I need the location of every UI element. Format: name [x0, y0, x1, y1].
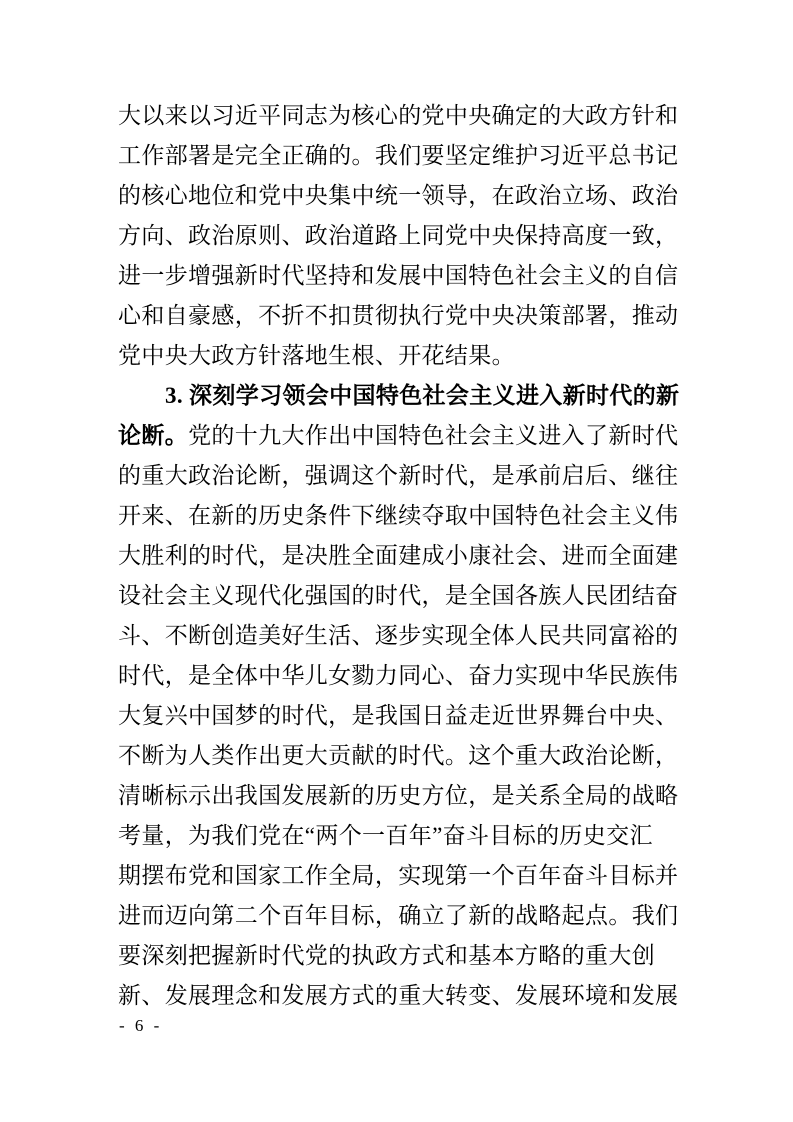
text-line: 时代，是全体中华儿女勠力同心、奋力实现中华民族伟	[118, 656, 678, 696]
text-segment: 斗、不断创造美好生活、逐步实现全体人民共同富裕的	[118, 623, 678, 648]
text-segment: 方向、政治原则、政治道路上同党中央保持高度一致，	[118, 223, 678, 248]
text-segment: 大胜利的时代，是决胜全面建成小康社会、进而全面建	[118, 543, 678, 568]
text-line: 心和自豪感，不折不扣贯彻执行党中央决策部署，推动	[118, 296, 678, 336]
text-line: 不断为人类作出更大贡献的时代。这个重大政治论断，	[118, 736, 678, 776]
text-line: 设社会主义现代化强国的时代，是全国各族人民团结奋	[118, 576, 678, 616]
text-segment: 要深刻把握新时代党的执政方式和基本方略的重大创	[118, 943, 655, 968]
text-segment: 党中央大政方针落地生根、开花结果。	[118, 343, 515, 368]
text-segment: 进一步增强新时代坚持和发展中国特色社会主义的自信	[118, 263, 678, 288]
document-page: 大以来以习近平同志为核心的党中央确定的大政方针和工作部署是完全正确的。我们要坚定…	[0, 0, 793, 1122]
text-line: 进而迈向第二个百年目标，确立了新的战略起点。我们	[118, 896, 678, 936]
text-line: 进一步增强新时代坚持和发展中国特色社会主义的自信	[118, 256, 678, 296]
text-segment: 期摆布党和国家工作全局，实现第一个百年奋斗目标并	[118, 863, 678, 888]
text-line: 大复兴中国梦的时代，是我国日益走近世界舞台中央、	[118, 696, 678, 736]
text-line: 的重大政治论断，强调这个新时代，是承前启后、继往	[118, 456, 678, 496]
text-segment-bold: 论断。	[118, 423, 188, 448]
text-line: 工作部署是完全正确的。我们要坚定维护习近平总书记	[118, 136, 678, 176]
text-segment: 大以来以习近平同志为核心的党中央确定的大政方针和	[118, 103, 678, 128]
text-segment: 清晰标示出我国发展新的历史方位，是关系全局的战略	[118, 783, 678, 808]
text-line: 论断。党的十九大作出中国特色社会主义进入了新时代	[118, 416, 678, 456]
text-segment: 设社会主义现代化强国的时代，是全国各族人民团结奋	[118, 583, 678, 608]
text-segment: 心和自豪感，不折不扣贯彻执行党中央决策部署，推动	[118, 303, 678, 328]
text-segment: 工作部署是完全正确的。我们要坚定维护习近平总书记	[118, 143, 678, 168]
text-line: 3. 深刻学习领会中国特色社会主义进入新时代的新	[118, 376, 678, 416]
text-segment: 大复兴中国梦的时代，是我国日益走近世界舞台中央、	[118, 703, 678, 728]
text-segment-bold: 3. 深刻学习领会中国特色社会主义进入新时代的新	[165, 383, 679, 408]
text-segment: 进而迈向第二个百年目标，确立了新的战略起点。我们	[118, 903, 678, 928]
text-line: 清晰标示出我国发展新的历史方位，是关系全局的战略	[118, 776, 678, 816]
text-line: 大胜利的时代，是决胜全面建成小康社会、进而全面建	[118, 536, 678, 576]
text-segment: 的核心地位和党中央集中统一领导，在政治立场、政治	[118, 183, 678, 208]
text-block: 大以来以习近平同志为核心的党中央确定的大政方针和工作部署是完全正确的。我们要坚定…	[118, 96, 678, 1016]
text-segment: 新、发展理念和发展方式的重大转变、发展环境和发展	[118, 983, 678, 1008]
text-line: 大以来以习近平同志为核心的党中央确定的大政方针和	[118, 96, 678, 136]
text-line: 期摆布党和国家工作全局，实现第一个百年奋斗目标并	[118, 856, 678, 896]
text-segment: 的重大政治论断，强调这个新时代，是承前启后、继往	[118, 463, 678, 488]
text-segment: 不断为人类作出更大贡献的时代。这个重大政治论断，	[118, 743, 678, 768]
text-line: 开来、在新的历史条件下继续夺取中国特色社会主义伟	[118, 496, 678, 536]
page-number: - 6 -	[119, 1014, 162, 1038]
text-line: 的核心地位和党中央集中统一领导，在政治立场、政治	[118, 176, 678, 216]
text-segment: 党的十九大作出中国特色社会主义进入了新时代	[188, 423, 678, 448]
text-segment: 考量，为我们党在“两个一百年”奋斗目标的历史交汇	[118, 823, 653, 848]
text-line: 党中央大政方针落地生根、开花结果。	[118, 336, 678, 376]
text-line: 要深刻把握新时代党的执政方式和基本方略的重大创	[118, 936, 678, 976]
text-segment: 时代，是全体中华儿女勠力同心、奋力实现中华民族伟	[118, 663, 678, 688]
text-line: 方向、政治原则、政治道路上同党中央保持高度一致，	[118, 216, 678, 256]
text-line: 斗、不断创造美好生活、逐步实现全体人民共同富裕的	[118, 616, 678, 656]
text-segment: 开来、在新的历史条件下继续夺取中国特色社会主义伟	[118, 503, 678, 528]
text-line: 新、发展理念和发展方式的重大转变、发展环境和发展	[118, 976, 678, 1016]
text-line: 考量，为我们党在“两个一百年”奋斗目标的历史交汇	[118, 816, 678, 856]
